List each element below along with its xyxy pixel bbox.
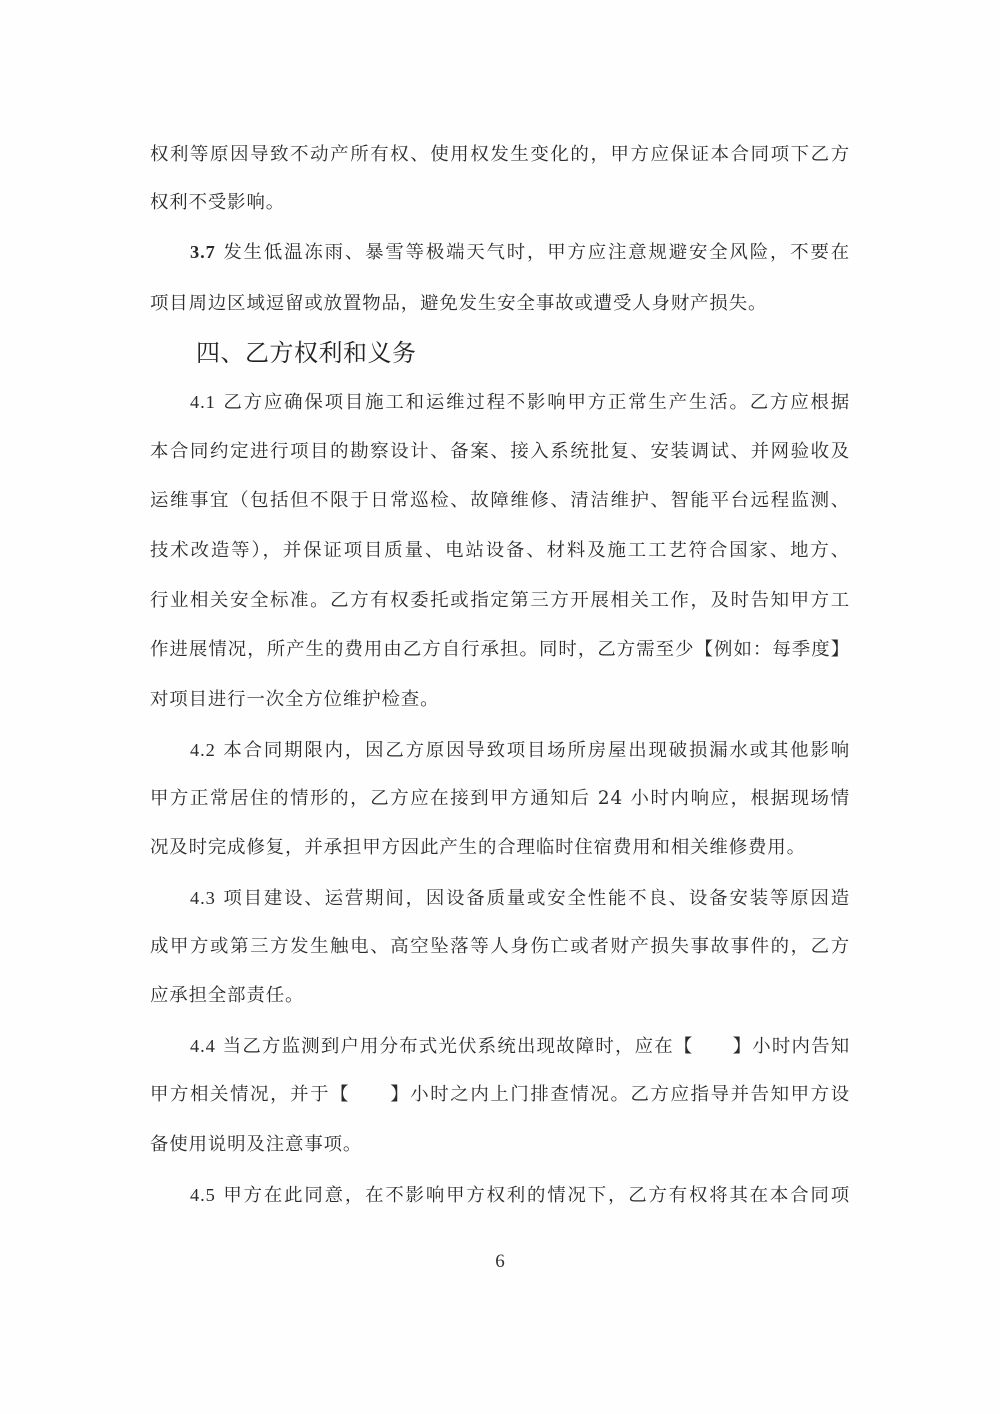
clause-text: 当乙方监测到户用分布式光伏系统出现故障时，应在【 】小时内告知 [223, 1036, 850, 1057]
clause-4-1-line: 4.1 乙方应确保项目施工和运维过程不影响甲方正常生产生活。乙方应根据 [190, 390, 850, 415]
document-page: 权利等原因导致不动产所有权、使用权发生变化的，甲方应保证本合同项下乙方 权利不受… [0, 0, 1000, 1414]
clause-number: 4.5 [190, 1185, 216, 1205]
paragraph-line: 行业相关安全标准。乙方有权委托或指定第三方开展相关工作，及时告知甲方工 [150, 589, 850, 613]
clause-text: 乙方应确保项目施工和运维过程不影响甲方正常生产生活。乙方应根据 [223, 392, 850, 413]
clause-number: 4.2 [190, 740, 216, 760]
paragraph-line: 作进展情况，所产生的费用由乙方自行承担。同时，乙方需至少【例如：每季度】 [150, 638, 850, 662]
paragraph-line: 项目周边区域逗留或放置物品，避免发生安全事故或遭受人身财产损失。 [150, 292, 850, 316]
clause-4-2-line: 4.2 本合同期限内，因乙方原因导致项目场所房屋出现破损漏水或其他影响 [190, 738, 850, 763]
clause-text: 发生低温冻雨、暴雪等极端天气时，甲方应注意规避安全风险，不要在 [223, 242, 850, 263]
paragraph-line: 甲方相关情况，并于【 】小时之内上门排查情况。乙方应指导并告知甲方设 [150, 1083, 850, 1107]
clause-3-7-line: 3.7 发生低温冻雨、暴雪等极端天气时，甲方应注意规避安全风险，不要在 [190, 240, 850, 265]
clause-4-5-line: 4.5 甲方在此同意，在不影响甲方权利的情况下，乙方有权将其在本合同项 [190, 1183, 850, 1208]
page-number: 6 [0, 1251, 1000, 1273]
clause-number: 4.3 [190, 888, 216, 908]
paragraph-line: 运维事宜（包括但不限于日常巡检、故障维修、清洁维护、智能平台远程监测、 [150, 489, 850, 513]
paragraph-line: 本合同约定进行项目的勘察设计、备案、接入系统批复、安装调试、并网验收及 [150, 440, 850, 464]
clause-text: 项目建设、运营期间，因设备质量或安全性能不良、设备安装等原因造 [223, 888, 850, 909]
clause-text: 本合同期限内，因乙方原因导致项目场所房屋出现破损漏水或其他影响 [223, 740, 850, 761]
paragraph-line: 况及时完成修复，并承担甲方因此产生的合理临时住宿费用和相关维修费用。 [150, 836, 850, 860]
clause-number: 4.1 [190, 392, 216, 412]
paragraph-line: 甲方正常居住的情形的，乙方应在接到甲方通知后 24 小时内响应，根据现场情 [150, 787, 850, 811]
paragraph-line: 应承担全部责任。 [150, 984, 850, 1008]
paragraph-line: 成甲方或第三方发生触电、高空坠落等人身伤亡或者财产损失事故事件的，乙方 [150, 935, 850, 959]
paragraph-line: 备使用说明及注意事项。 [150, 1133, 850, 1157]
clause-4-4-line: 4.4 当乙方监测到户用分布式光伏系统出现故障时，应在【 】小时内告知 [190, 1034, 850, 1059]
clause-number: 3.7 [190, 242, 216, 262]
paragraph-line: 权利不受影响。 [150, 191, 850, 215]
clause-text: 甲方在此同意，在不影响甲方权利的情况下，乙方有权将其在本合同项 [223, 1185, 850, 1206]
paragraph-line: 对项目进行一次全方位维护检查。 [150, 688, 850, 712]
clause-number: 4.4 [190, 1036, 216, 1056]
clause-4-3-line: 4.3 项目建设、运营期间，因设备质量或安全性能不良、设备安装等原因造 [190, 886, 850, 911]
paragraph-line: 权利等原因导致不动产所有权、使用权发生变化的，甲方应保证本合同项下乙方 [150, 143, 850, 167]
section-heading: 四、乙方权利和义务 [196, 338, 417, 368]
paragraph-line: 技术改造等），并保证项目质量、电站设备、材料及施工工艺符合国家、地方、 [150, 539, 850, 563]
